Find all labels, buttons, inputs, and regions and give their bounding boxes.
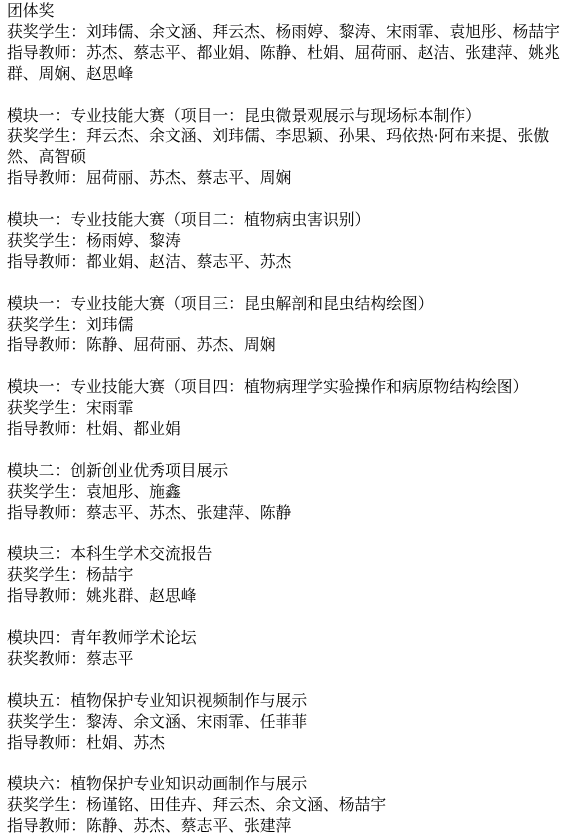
- section-module5: 模块五：植物保护专业知识视频制作与展示 获奖学生：黎涛、余文涵、宋雨霏、任菲菲 …: [7, 691, 567, 754]
- section-module6: 模块六：植物保护专业知识动画制作与展示 获奖学生：杨谨铭、田佳卉、拜云杰、余文涵…: [7, 774, 567, 837]
- section-title: 模块五：植物保护专业知识视频制作与展示: [7, 691, 567, 712]
- award-students: 获奖学生：刘玮儒、余文涵、拜云杰、杨雨婷、黎涛、宋雨霏、袁旭彤、杨喆宇: [7, 22, 567, 43]
- section-title: 模块六：植物保护专业知识动画制作与展示: [7, 774, 567, 795]
- award-students: 获奖学生：袁旭彤、施鑫: [7, 482, 567, 503]
- section-module3: 模块三：本科生学术交流报告 获奖学生：杨喆宇 指导教师：姚兆群、赵思峰: [7, 544, 567, 607]
- section-title: 模块四：青年教师学术论坛: [7, 628, 567, 649]
- advising-teachers: 指导教师：蔡志平、苏杰、张建萍、陈静: [7, 503, 567, 524]
- section-team-award: 团体奖 获奖学生：刘玮儒、余文涵、拜云杰、杨雨婷、黎涛、宋雨霏、袁旭彤、杨喆宇 …: [7, 1, 567, 85]
- section-module1-project2: 模块一：专业技能大赛（项目二：植物病虫害识别） 获奖学生：杨雨婷、黎涛 指导教师…: [7, 210, 567, 273]
- award-students: 获奖学生：拜云杰、余文涵、刘玮儒、李思颖、孙果、玛依热·阿布来提、张傲然、高智硕: [7, 126, 567, 168]
- award-students: 获奖学生：杨谨铭、田佳卉、拜云杰、余文涵、杨喆宇: [7, 795, 567, 816]
- section-title: 模块一：专业技能大赛（项目二：植物病虫害识别）: [7, 210, 567, 231]
- advising-teachers: 指导教师：苏杰、蔡志平、都业娟、陈静、杜娟、屈荷丽、赵洁、张建萍、姚兆群、周娴、…: [7, 43, 567, 85]
- advising-teachers: 指导教师：姚兆群、赵思峰: [7, 586, 567, 607]
- advising-teachers: 指导教师：杜娟、都业娟: [7, 419, 567, 440]
- award-list-document: 团体奖 获奖学生：刘玮儒、余文涵、拜云杰、杨雨婷、黎涛、宋雨霏、袁旭彤、杨喆宇 …: [0, 0, 571, 837]
- advising-teachers: 指导教师：陈静、苏杰、蔡志平、张建萍: [7, 816, 567, 837]
- section-title: 模块一：专业技能大赛（项目一：昆虫微景观展示与现场标本制作）: [7, 106, 567, 127]
- section-title: 模块一：专业技能大赛（项目四：植物病理学实验操作和病原物结构绘图）: [7, 377, 567, 398]
- award-students: 获奖学生：黎涛、余文涵、宋雨霏、任菲菲: [7, 712, 567, 733]
- award-students: 获奖学生：杨雨婷、黎涛: [7, 231, 567, 252]
- award-students: 获奖学生：宋雨霏: [7, 398, 567, 419]
- award-teachers: 获奖教师：蔡志平: [7, 649, 567, 670]
- section-title: 模块三：本科生学术交流报告: [7, 544, 567, 565]
- section-module4: 模块四：青年教师学术论坛 获奖教师：蔡志平: [7, 628, 567, 670]
- award-students: 获奖学生：刘玮儒: [7, 315, 567, 336]
- advising-teachers: 指导教师：杜娟、苏杰: [7, 733, 567, 754]
- section-title: 团体奖: [7, 1, 567, 22]
- section-module1-project4: 模块一：专业技能大赛（项目四：植物病理学实验操作和病原物结构绘图） 获奖学生：宋…: [7, 377, 567, 440]
- award-students: 获奖学生：杨喆宇: [7, 565, 567, 586]
- section-module2: 模块二：创新创业优秀项目展示 获奖学生：袁旭彤、施鑫 指导教师：蔡志平、苏杰、张…: [7, 461, 567, 524]
- section-module1-project1: 模块一：专业技能大赛（项目一：昆虫微景观展示与现场标本制作） 获奖学生：拜云杰、…: [7, 106, 567, 190]
- section-title: 模块二：创新创业优秀项目展示: [7, 461, 567, 482]
- advising-teachers: 指导教师：陈静、屈荷丽、苏杰、周娴: [7, 335, 567, 356]
- section-title: 模块一：专业技能大赛（项目三：昆虫解剖和昆虫结构绘图）: [7, 294, 567, 315]
- advising-teachers: 指导教师：都业娟、赵洁、蔡志平、苏杰: [7, 252, 567, 273]
- section-module1-project3: 模块一：专业技能大赛（项目三：昆虫解剖和昆虫结构绘图） 获奖学生：刘玮儒 指导教…: [7, 294, 567, 357]
- advising-teachers: 指导教师：屈荷丽、苏杰、蔡志平、周娴: [7, 168, 567, 189]
